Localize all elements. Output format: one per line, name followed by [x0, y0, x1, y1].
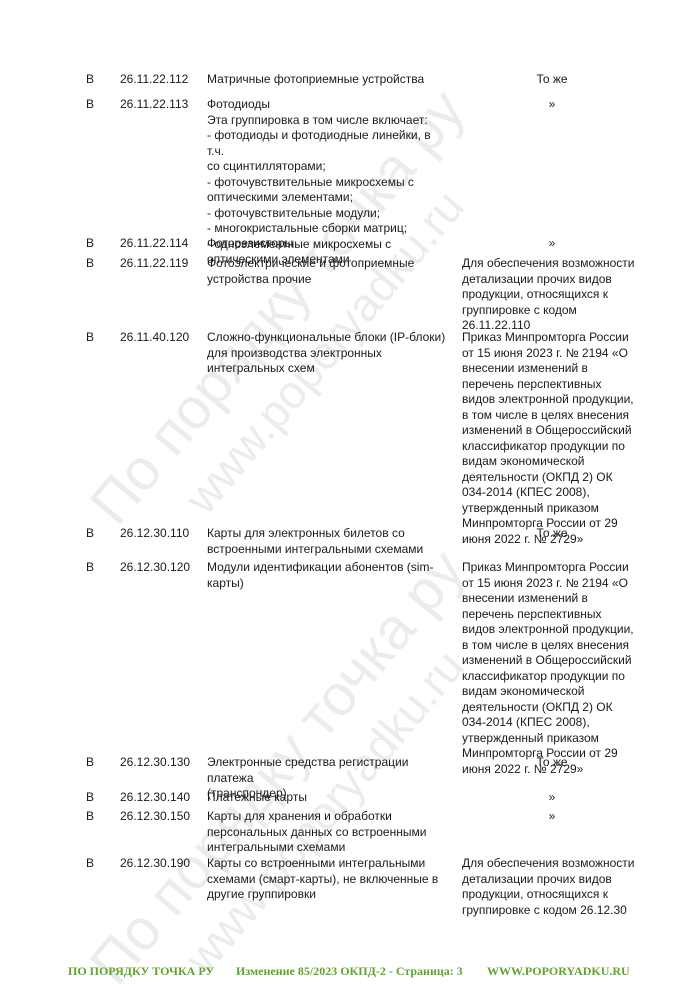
- item-note: »: [462, 236, 642, 252]
- change-type: В: [86, 256, 94, 272]
- item-name: Фотоэлектрические и фотоприемные устройс…: [207, 256, 447, 287]
- footer-url[interactable]: WWW.POPORYADKU.RU: [487, 964, 630, 979]
- item-note: То же: [462, 72, 642, 88]
- item-name: Фоторезисторы: [207, 236, 447, 252]
- change-type: В: [86, 97, 94, 113]
- change-type: В: [86, 72, 94, 88]
- okpd-code: 26.11.22.113: [120, 97, 188, 113]
- change-type: В: [86, 560, 94, 576]
- item-name: Сложно-функциональные блоки (IP-блоки) д…: [207, 330, 447, 377]
- okpd-code: 26.12.30.140: [120, 790, 190, 806]
- change-type: В: [86, 809, 94, 825]
- page-footer: ПО ПОРЯДКУ ТОЧКА РУ Изменение 85/2023 ОК…: [0, 964, 700, 984]
- item-note: »: [462, 97, 642, 113]
- change-type: В: [86, 330, 94, 346]
- okpd-code: 26.11.22.114: [120, 236, 188, 252]
- okpd-code: 26.11.22.119: [120, 256, 188, 272]
- item-note: »: [462, 809, 642, 825]
- change-type: В: [86, 526, 94, 542]
- item-note: Для обеспечения возможности детализации …: [462, 256, 652, 334]
- change-type: В: [86, 755, 94, 771]
- item-name: Модули идентификации абонентов (sim- кар…: [207, 560, 447, 591]
- okpd-code: 26.12.30.150: [120, 809, 190, 825]
- okpd-code: 26.11.40.120: [120, 330, 189, 346]
- item-note: »: [462, 790, 642, 806]
- item-note: Приказ Минпромторга России от 15 июня 20…: [462, 560, 652, 777]
- okpd-code: 26.12.30.110: [120, 526, 189, 542]
- footer-site-name: ПО ПОРЯДКУ ТОЧКА РУ: [68, 964, 214, 979]
- change-type: В: [86, 856, 94, 872]
- change-type: В: [86, 790, 94, 806]
- item-note: Приказ Минпромторга России от 15 июня 20…: [462, 330, 652, 547]
- okpd-code: 26.12.30.130: [120, 755, 190, 771]
- item-name: Карты для электронных билетов со встроен…: [207, 526, 447, 557]
- item-name: Матричные фотоприемные устройства: [207, 72, 447, 88]
- okpd-code: 26.12.30.190: [120, 856, 190, 872]
- item-note: Для обеспечения возможности детализации …: [462, 856, 652, 918]
- item-name: Карты со встроенными интегральными схема…: [207, 856, 447, 903]
- okpd-code: 26.11.22.112: [120, 72, 188, 88]
- item-note: То же: [462, 755, 642, 771]
- footer-page-info: Изменение 85/2023 ОКПД-2 - Страница: 3: [236, 964, 463, 979]
- item-note: То же: [462, 526, 642, 542]
- change-type: В: [86, 236, 94, 252]
- okpd-code: 26.12.30.120: [120, 560, 190, 576]
- item-name: Карты для хранения и обработки персональ…: [207, 809, 447, 856]
- item-name: Платежные карты: [207, 790, 447, 806]
